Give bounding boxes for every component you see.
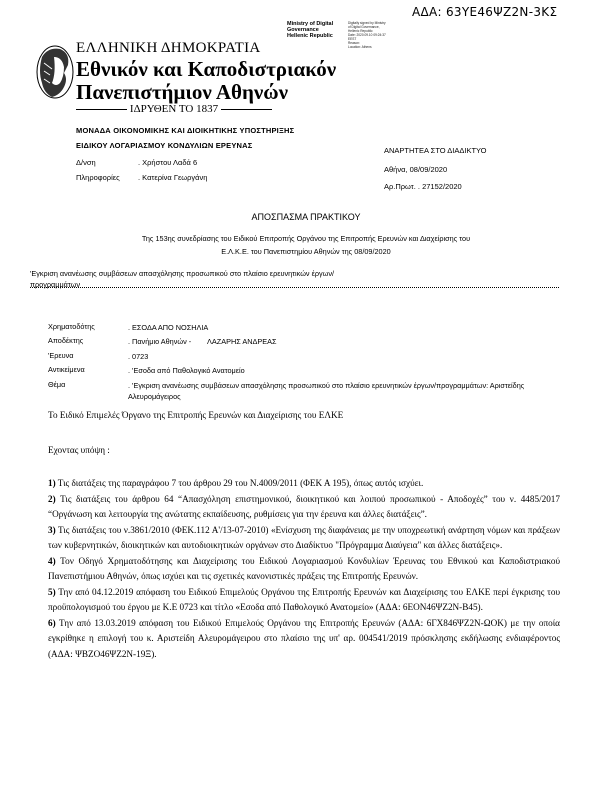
- item-number: 4): [48, 556, 56, 566]
- document-subtitle-line2: Ε.Λ.Κ.Ε. του Πανεπιστημίου Αθηνών της 08…: [0, 247, 612, 256]
- republic-title: ΕΛΛΗΝΙΚΗ ΔΗΜΟΚΡΑΤΙΑ: [76, 40, 261, 57]
- item-text: Την από 13.03.2019 απόφαση του Ειδικού Ε…: [48, 618, 560, 659]
- consideration-item: 3) Τις διατάξεις του ν.3861/2010 (ΦΕΚ.11…: [48, 523, 560, 554]
- field-value: . 'Εσοδα από Παθολογικό Ανατομείο: [128, 365, 558, 376]
- item-text: Τις διατάξεις του ν.3861/2010 (ΦΕΚ.112 Α…: [48, 525, 560, 551]
- item-number: 3): [48, 525, 56, 535]
- subject-line: προγραμμάτων: [30, 279, 550, 290]
- consideration-item: 6) Την από 13.03.2019 απόφαση του Ειδικο…: [48, 616, 560, 663]
- item-text: Την από 04.12.2019 απόφαση του Ειδικού Ε…: [48, 587, 560, 613]
- field-label: 'Ερευνα: [48, 351, 128, 360]
- item-number: 2): [48, 494, 56, 504]
- consideration-item: 5) Την από 04.12.2019 απόφαση του Ειδικο…: [48, 585, 560, 616]
- info-value: . Κατερίνα Γεωργάνη: [138, 173, 207, 182]
- field-value: . Πανήμιο Αθηνών - ΛΑΖΑΡΗΣ ΑΝΔΡΕΑΣ: [128, 336, 558, 347]
- unit-name-line1: ΜΟΝΑΔΑ ΟΙΚΟΝΟΜΙΚΗΣ ΚΑΙ ΔΙΟΙΚΗΤΙΚΗΣ ΥΠΟΣΤ…: [76, 126, 294, 135]
- ada-code: ΑΔΑ: 63ΥΕ46ΨΖ2Ν-3ΚΣ: [412, 5, 557, 19]
- info-label: Πληροφορίες: [76, 173, 138, 182]
- field-value: . 0723: [128, 351, 558, 362]
- document-subtitle-line1: Της 153ης συνεδρίασης του Ειδικού Επιτρο…: [0, 234, 612, 243]
- field-value: . 'Εγκριση ανανέωσης συμβάσεων απασχόλησ…: [128, 380, 558, 402]
- document-title: ΑΠΟΣΠΑΣΜΑ ΠΡΑΚΤΙΚΟΥ: [0, 212, 612, 222]
- digital-signature: Digitally signed by Ministry of Digital …: [348, 21, 396, 49]
- signature-line: Location: Athens: [348, 45, 396, 49]
- having-paragraph: Εχοντας υπόψη :: [48, 443, 560, 459]
- item-number: 6): [48, 618, 56, 628]
- field-label: Αντικείμενα: [48, 365, 128, 374]
- item-text: Τις διατάξεις της παραγράφου 7 του άρθρο…: [56, 478, 424, 488]
- item-text: Τον Οδηγό Χρηματοδότησης και Διαχείρισης…: [48, 556, 560, 582]
- dotted-divider: [30, 287, 559, 288]
- founded-text: ΙΔΡΥΘΕΝ ΤΟ 1837: [127, 103, 221, 115]
- field-label: Αποδέκτης: [48, 336, 128, 345]
- unit-name-line2: ΕΙΔΙΚΟΥ ΛΟΓΑΡΙΑΣΜΟΥ ΚΟΝΔΥΛΙΩΝ ΕΡΕΥΝΑΣ: [76, 141, 252, 150]
- post-notice: ΑΝΑΡΤΗΤΕΑ ΣΤΟ ΔΙΑΔΙΚΤΥΟ: [384, 146, 486, 155]
- consideration-item: 1) Τις διατάξεις της παραγράφου 7 του άρ…: [48, 476, 560, 492]
- founded-banner: ΙΔΡΥΘΕΝ ΤΟ 1837: [76, 103, 272, 115]
- consideration-list: 1) Τις διατάξεις της παραγράφου 7 του άρ…: [48, 476, 560, 662]
- protocol-number: Αρ.Πρωτ. . 27152/2020: [384, 182, 462, 191]
- ministry-line: Hellenic Republic: [287, 33, 333, 39]
- address-row: Δ/νση. Χρήστου Λαδά 6: [76, 158, 197, 167]
- ministry-stamp: Ministry of Digital Governance Hellenic …: [287, 21, 333, 39]
- field-label: Θέμα: [48, 380, 128, 389]
- university-logo-icon: [34, 43, 76, 101]
- item-text: Τις διατάξεις του άρθρου 64 “Απασχόληση …: [48, 494, 560, 520]
- consideration-item: 2) Τις διατάξεις του άρθρου 64 “Απασχόλη…: [48, 492, 560, 523]
- divider: [76, 109, 127, 110]
- university-name-line1: Εθνικόν και Καποδιστριακόν: [76, 57, 336, 82]
- field-label: Χρηματοδότης: [48, 322, 128, 331]
- document-date: Αθήνα, 08/09/2020: [384, 165, 447, 174]
- intro-paragraph: Το Ειδικό Επιμελές Όργανο της Επιτροπής …: [48, 408, 560, 424]
- item-number: 5): [48, 587, 56, 597]
- info-row: Πληροφορίες. Κατερίνα Γεωργάνη: [76, 173, 207, 182]
- consideration-item: 4) Τον Οδηγό Χρηματοδότησης και Διαχείρι…: [48, 554, 560, 585]
- address-value: . Χρήστου Λαδά 6: [138, 158, 197, 167]
- item-number: 1): [48, 478, 56, 488]
- divider: [221, 109, 272, 110]
- university-name-line2: Πανεπιστήμιον Αθηνών: [76, 80, 288, 105]
- address-label: Δ/νση: [76, 158, 138, 167]
- subject-line: 'Εγκριση ανανέωσης συμβάσεων απασχόλησης…: [30, 268, 550, 279]
- field-value: . ΕΣΟΔΑ ΑΠΟ ΝΟΣΗΛΙΑ: [128, 322, 558, 333]
